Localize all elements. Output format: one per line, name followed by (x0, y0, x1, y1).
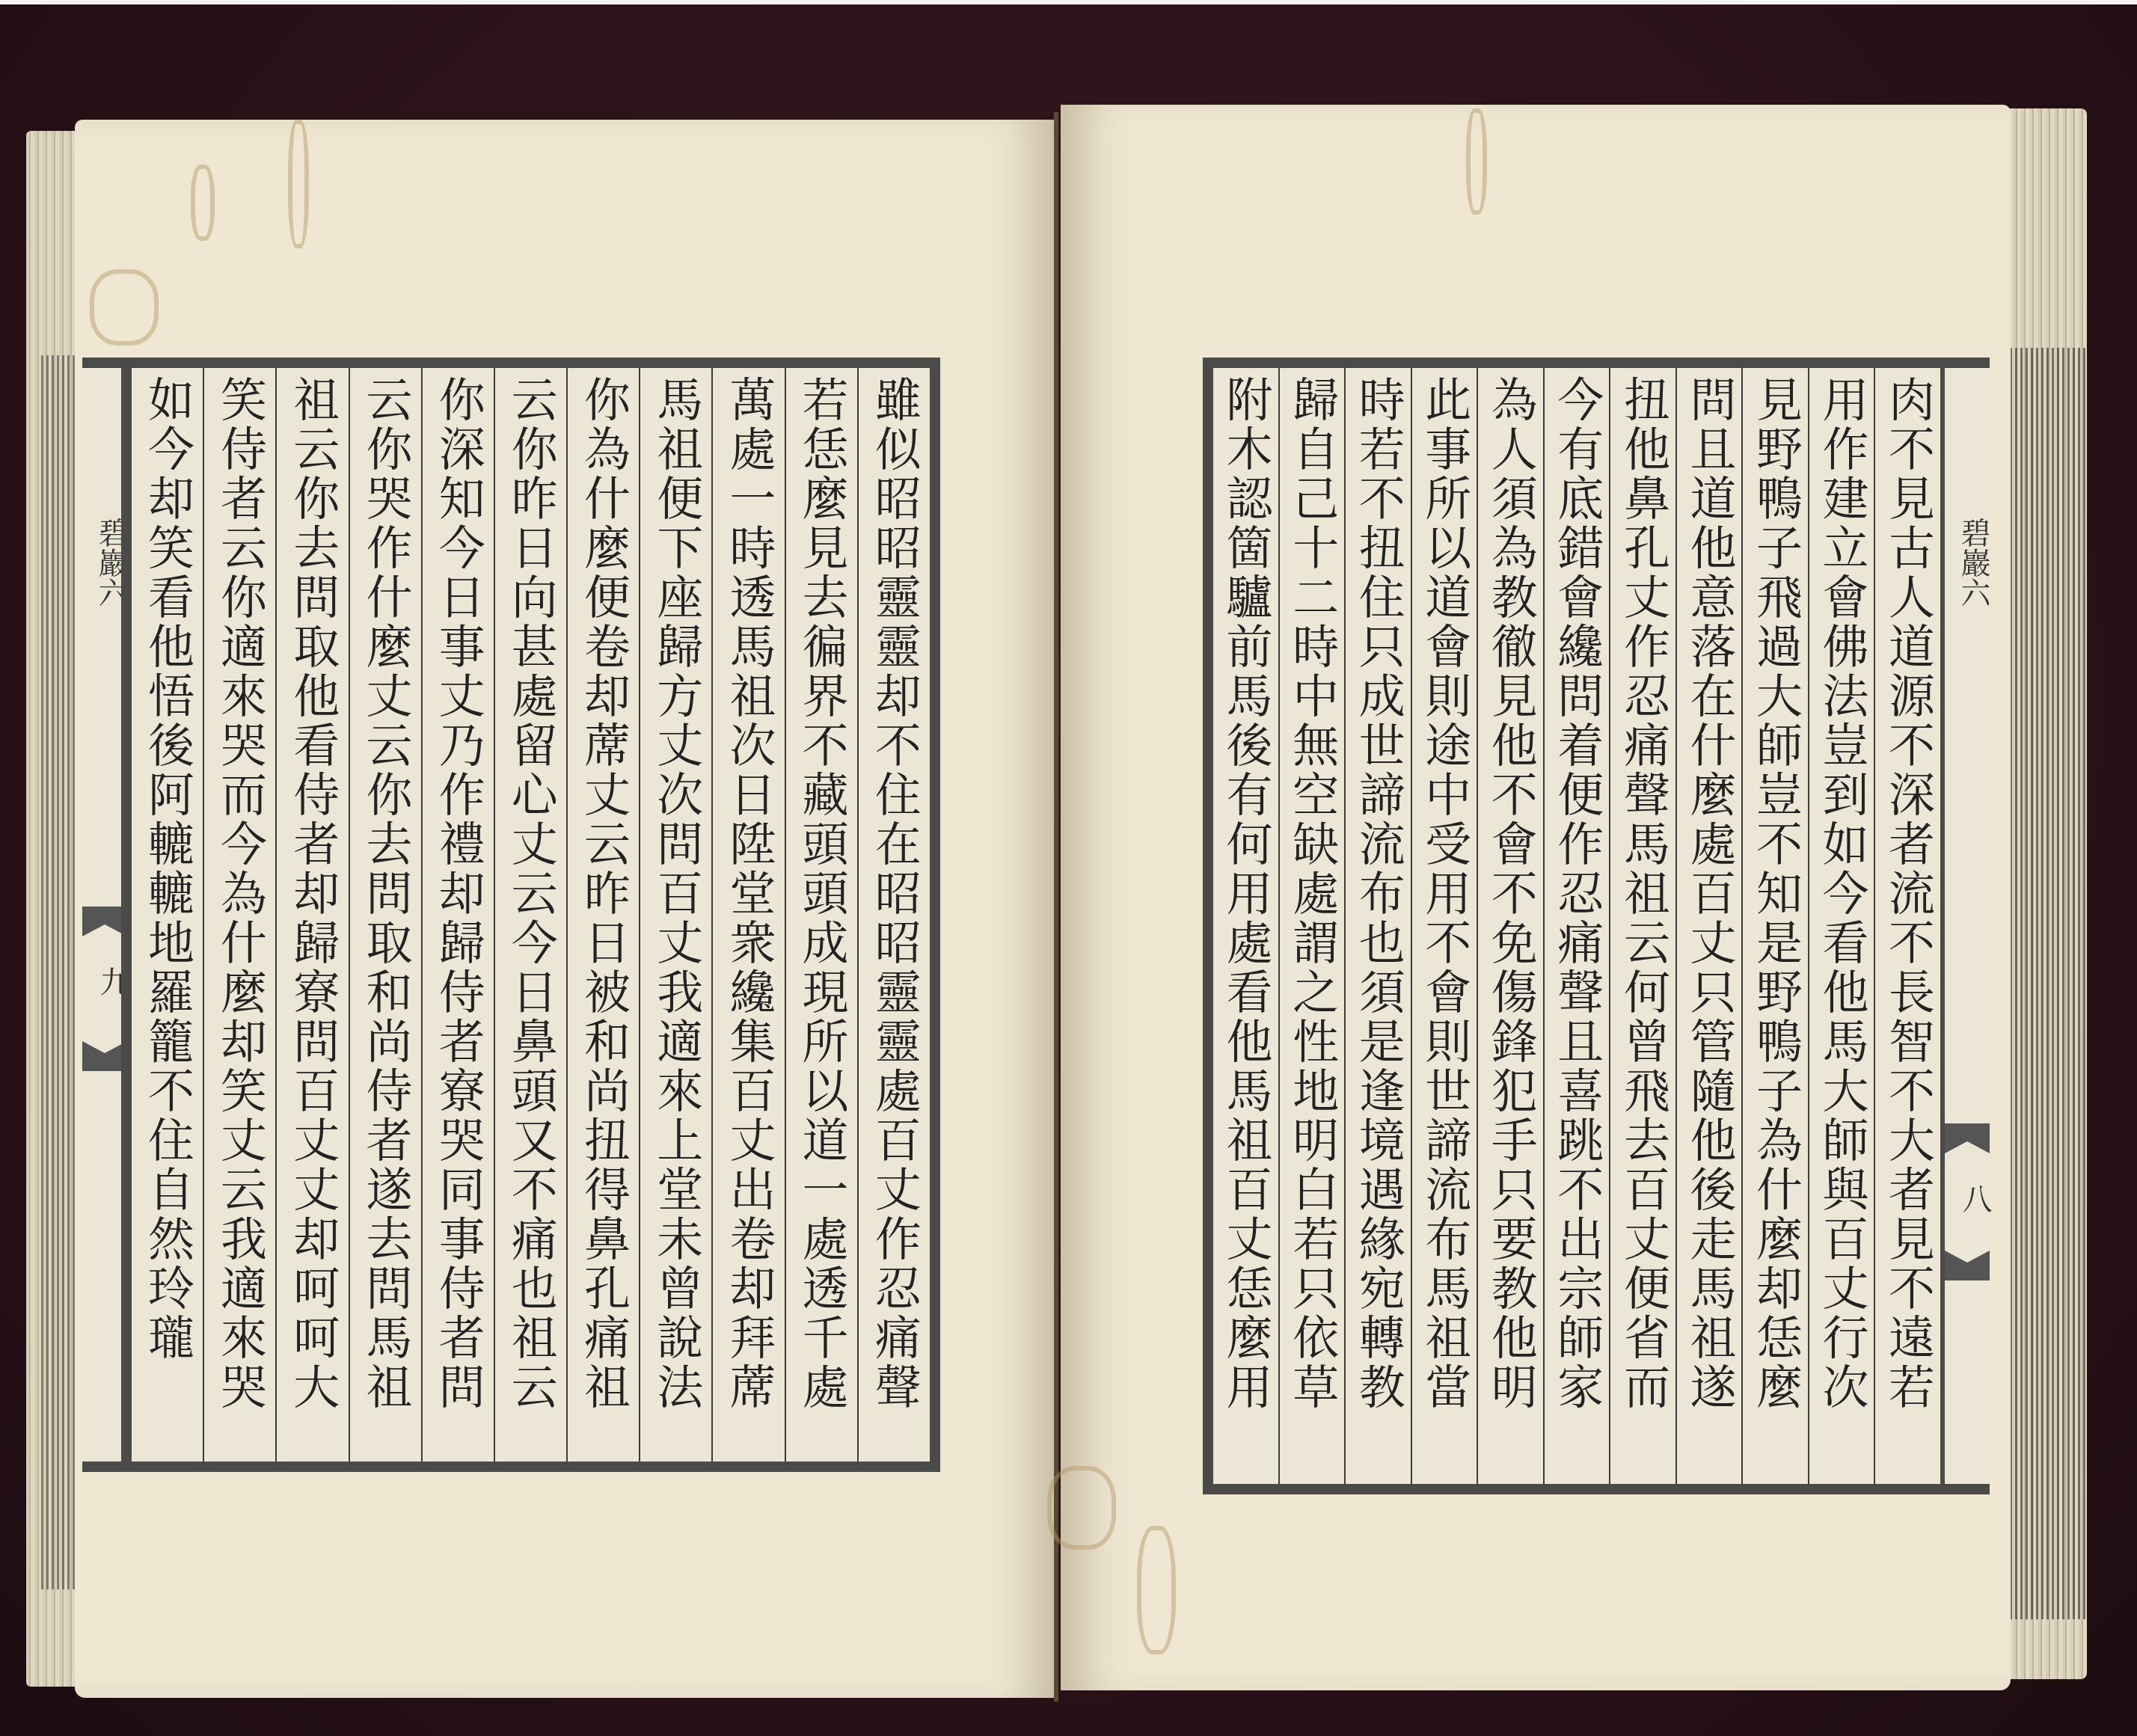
left-text-block: 雖似昭昭靈靈却不住在昭昭靈靈處百丈作忍痛聲 若恁麼見去徧界不藏頭頭成現所以道一處… (121, 358, 940, 1472)
text-column: 笑侍者云你適來哭而今為什麼却笑丈云我適來哭 (203, 368, 275, 1462)
text-column: 歸自己十二時中無空缺處謂之性地明白若只依草 (1278, 368, 1345, 1484)
text-column: 你為什麼便卷却蓆丈云昨日被和尚扭得鼻孔痛祖 (566, 368, 639, 1462)
wormhole-stain (1047, 1466, 1116, 1550)
text-column: 如今却笑看他悟後阿轆轆地羅籠不住自然玲瓏 (132, 368, 203, 1462)
text-column: 今有底錯會纔問着便作忍痛聲且喜跳不出宗師家 (1543, 368, 1610, 1484)
right-block-center-column: 碧巖六 八 (1945, 358, 1990, 1494)
text-column: 見野鴨子飛過大師豈不知是野鴨子為什麼却恁麼 (1741, 368, 1808, 1484)
text-column: 用作建立會佛法豈到如今看他馬大師與百丈行次 (1808, 368, 1874, 1484)
right-block-center-label: 碧巖六 (1952, 518, 1995, 607)
text-column: 馬祖便下座歸方丈次問百丈我適來上堂未曾說法 (639, 368, 711, 1462)
left-block-center-column: 碧巖六 九 (82, 358, 127, 1472)
text-column: 云你哭作什麼丈云你去問取和尚侍者遂去問馬祖 (349, 368, 421, 1462)
left-page-stack-edge (26, 131, 79, 1687)
text-column: 雖似昭昭靈靈却不住在昭昭靈靈處百丈作忍痛聲 (857, 368, 930, 1462)
fish-tail-mark-icon (82, 1041, 127, 1071)
fish-tail-mark-icon (82, 907, 127, 936)
text-column: 肉不見古人道源不深者流不長智不大者見不遠若 (1874, 368, 1940, 1484)
right-text-block: 肉不見古人道源不深者流不長智不大者見不遠若 用作建立會佛法豈到如今看他馬大師與百… (1203, 358, 1951, 1494)
text-column: 為人須為教徹見他不會不免傷鋒犯手只要教他明 (1477, 368, 1543, 1484)
wormhole-stain (191, 165, 215, 241)
wormhole-stain (1466, 108, 1487, 215)
wormhole-stain (288, 120, 309, 248)
right-page-stack-edge (2005, 108, 2087, 1679)
right-page-number: 八 (1954, 1183, 1996, 1213)
text-column: 時若不扭住只成世諦流布也須是逢境遇緣宛轉教 (1344, 368, 1411, 1484)
text-column: 扭他鼻孔丈作忍痛聲馬祖云何曾飛去百丈便省而 (1609, 368, 1675, 1484)
text-column: 祖云你去問取他看侍者却歸寮問百丈丈却呵呵大 (275, 368, 348, 1462)
wormhole-stain (90, 269, 159, 346)
text-column: 附木認箇驢前馬後有何用處看他馬祖百丈恁麼用 (1213, 368, 1278, 1484)
fish-tail-mark-icon (1945, 1123, 1990, 1153)
text-column: 萬處一時透馬祖次日陞堂衆纔集百丈出卷却拜蓆 (711, 368, 784, 1462)
text-column: 問且道他意落在什麼處百丈只管隨他後走馬祖遂 (1675, 368, 1742, 1484)
text-column: 此事所以道會則途中受用不會則世諦流布馬祖當 (1411, 368, 1477, 1484)
text-column: 云你昨日向甚處留心丈云今日鼻頭又不痛也祖云 (494, 368, 566, 1462)
fish-tail-mark-icon (1945, 1251, 1990, 1280)
wormhole-stain (1137, 1526, 1176, 1654)
book-gutter-fold (1054, 112, 1058, 1702)
text-column: 若恁麼見去徧界不藏頭頭成現所以道一處透千處 (785, 368, 857, 1462)
text-column: 你深知今日事丈乃作禮却歸侍者寮哭同事侍者問 (421, 368, 494, 1462)
